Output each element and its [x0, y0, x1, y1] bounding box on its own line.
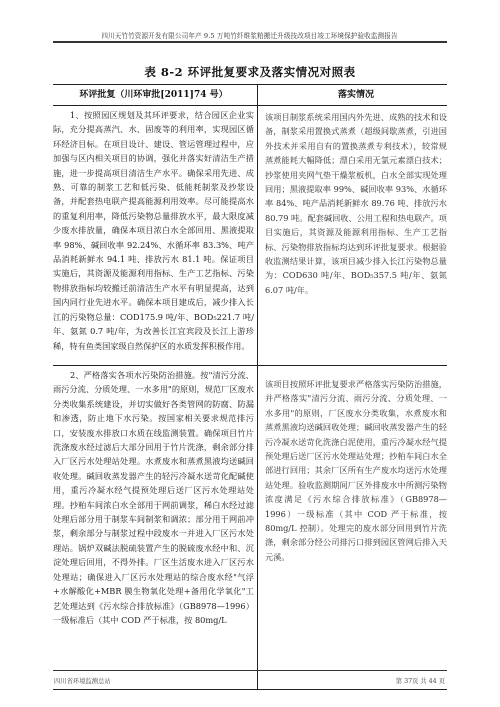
footer-organization: 四川省环境监测总站 [54, 676, 111, 685]
table-title: 表 8-2 环评批复要求及落实情况对照表 [53, 64, 447, 80]
table-row: 2、严格落实各项水污染防治措施。按"清污分流、雨污分流、分质处理、一水多用"的原… [53, 366, 447, 689]
requirement-cell: 1、按照园区规划及其环评要求，结合园区企业实际，充分提高蒸汽、水、固废等的利用率… [53, 106, 258, 365]
table-header-row: 环评批复（川环审批[2011]74 号） 落实情况 [53, 85, 447, 106]
footer-divider [53, 670, 447, 671]
requirement-cell: 2、严格落实各项水污染防治措施。按"清污分流、雨污分流、分质处理、一水多用"的原… [53, 366, 258, 689]
page-number: 第 37页 共 44 页 [396, 676, 445, 685]
implementation-text: 该项目制浆系统采用国内外先进、成熟的技术和设备，制浆采用置换式蒸煮（超级间歇蒸煮… [265, 110, 447, 297]
column-header-implementation: 落实情况 [258, 85, 447, 105]
implementation-text: 该项目按照环评批复要求严格落实污染防治措施，并严格落实"清污分流、雨污分流、分质… [265, 377, 447, 564]
implementation-cell: 该项目按照环评批复要求严格落实污染防治措施，并严格落实"清污分流、雨污分流、分质… [258, 366, 447, 689]
column-header-requirement: 环评批复（川环审批[2011]74 号） [53, 85, 258, 105]
header-divider [53, 41, 447, 43]
page-header: 四川天竹竹资源开发有限公司年产 9.5 万吨竹纤维浆粕搬迁升级技改项目竣工环境保… [52, 30, 447, 40]
requirement-text: 1、按照园区规划及其环评要求，结合园区企业实际，充分提高蒸汽、水、固废等的利用率… [53, 108, 254, 353]
requirement-text: 2、严格落实各项水污染防治措施。按"清污分流、雨污分流、分质处理、一水多用"的原… [53, 368, 254, 627]
table-row: 1、按照园区规划及其环评要求，结合园区企业实际，充分提高蒸汽、水、固废等的利用率… [53, 106, 447, 366]
implementation-cell: 该项目制浆系统采用国内外先进、成熟的技术和设备，制浆采用置换式蒸煮（超级间歇蒸煮… [258, 106, 447, 365]
comparison-table: 环评批复（川环审批[2011]74 号） 落实情况 1、按照园区规划及其环评要求… [53, 84, 447, 690]
